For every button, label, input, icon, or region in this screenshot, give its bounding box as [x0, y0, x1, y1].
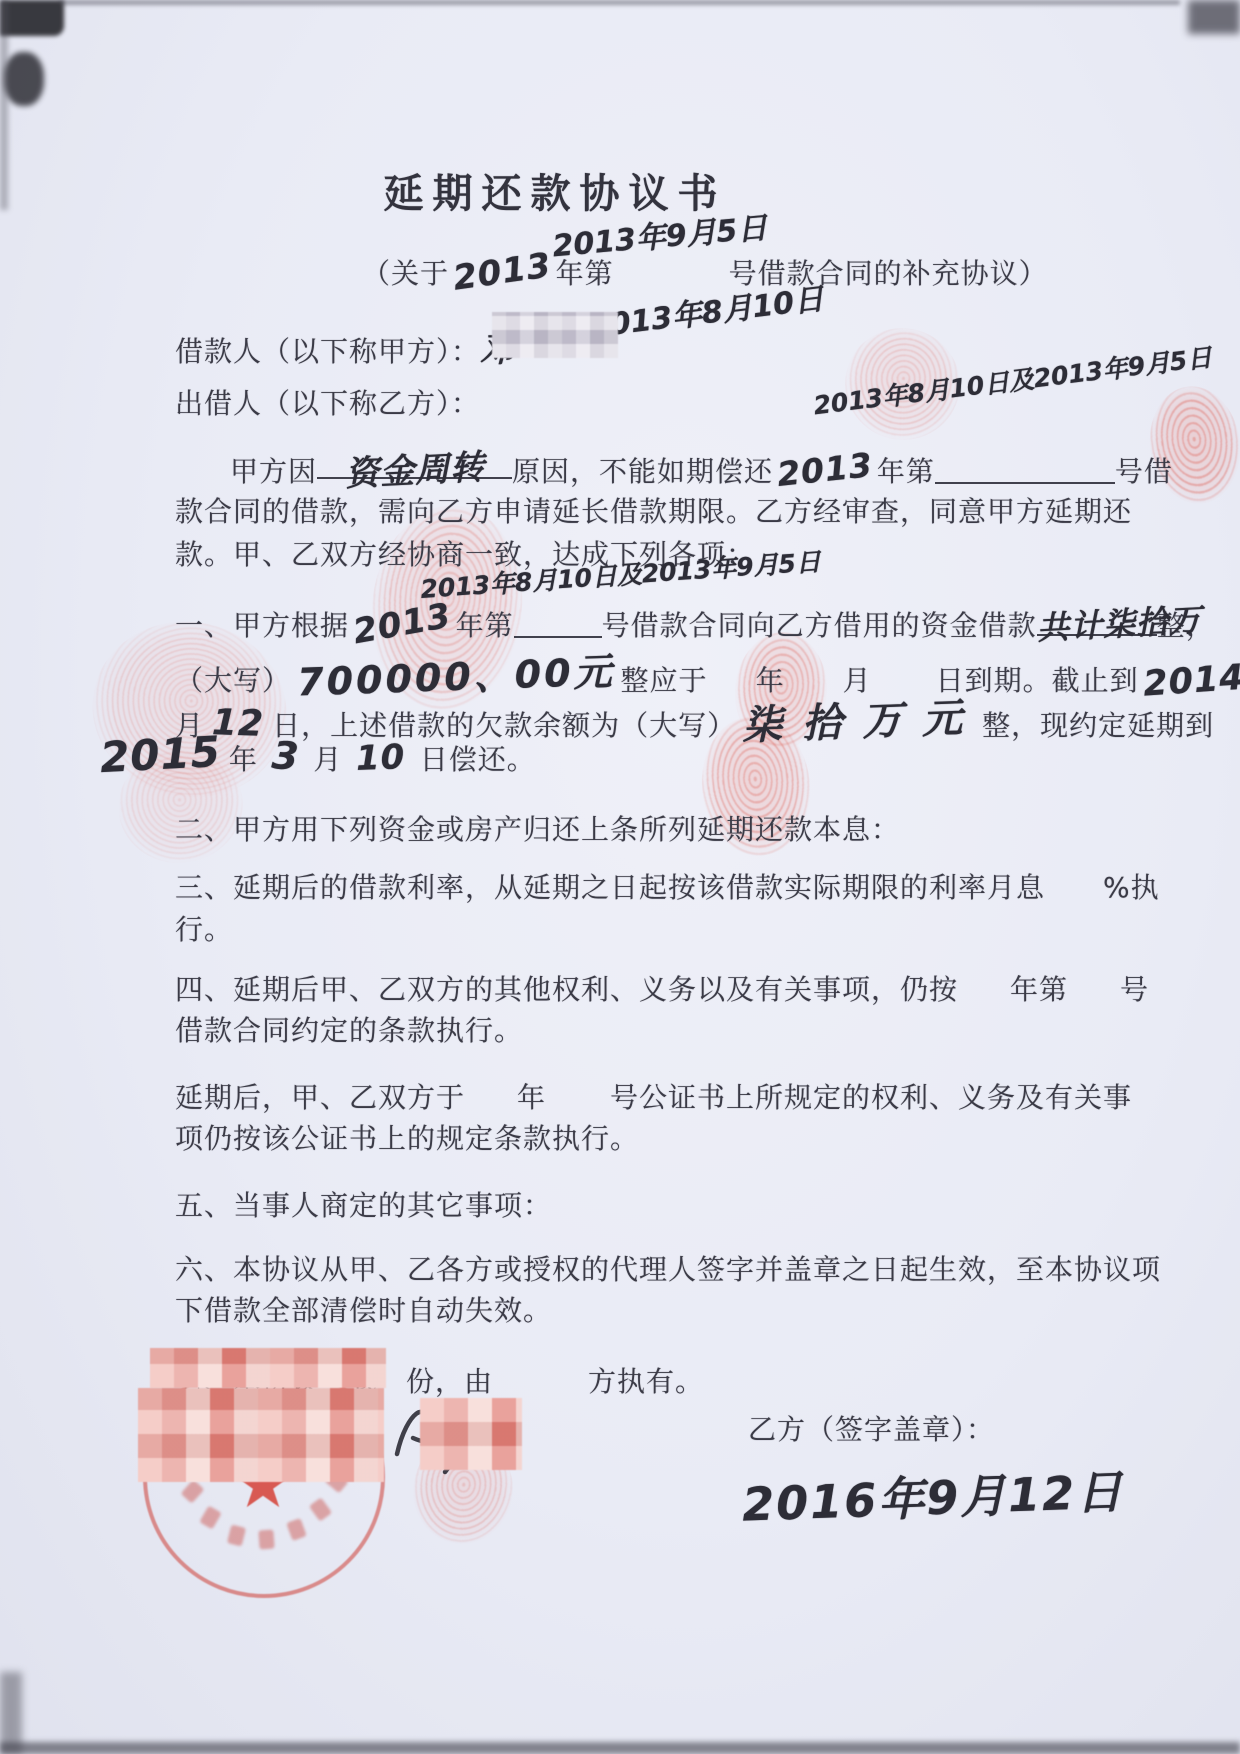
handwritten-year: 2013 — [350, 596, 454, 653]
subtitle-prefix: （关于 — [362, 257, 449, 290]
scan-edge-artifact — [0, 1742, 1240, 1754]
subtitle-mid: 年第 — [556, 257, 614, 290]
blank-reason: 资金周转 — [317, 445, 512, 479]
text: 整， — [982, 709, 1040, 742]
redaction-name — [492, 312, 618, 358]
redaction-signature — [420, 1398, 522, 1470]
scan-edge-artifact — [60, 0, 1180, 5]
handwritten-reason: 资金周转 — [343, 439, 485, 495]
handwritten-repay-month: 3 — [270, 733, 300, 779]
text: 年 — [229, 743, 258, 776]
blank-contract-no — [514, 604, 602, 638]
text: 年第 — [877, 455, 935, 488]
subtitle: （关于2013年第号借款合同的补充协议） — [362, 252, 1048, 292]
text: 号借款合同向乙方借用的资金借款 — [602, 609, 1037, 642]
text: 号借 — [1115, 455, 1173, 488]
text: 延期后，甲、乙双方于 — [175, 1081, 465, 1114]
clause6-line-1: 六、本协议从甲、乙各方或授权的代理人签字并盖章之日起生效，至本协议项 — [175, 1248, 1161, 1288]
scan-corner-artifact — [1188, 0, 1240, 34]
handwritten-amount-words: 共计柒拾万 — [1035, 595, 1202, 650]
borrower-label: 借款人（以下称甲方）： — [175, 335, 480, 368]
blank-amount: 共计柒拾万 — [1037, 602, 1157, 636]
text: %执 — [1103, 871, 1160, 904]
text: 方执有。 — [588, 1365, 704, 1398]
clause1-line-1: 一、甲方根据2013年第号借款合同向乙方借用的资金借款共计柒拾万整， — [175, 602, 1215, 644]
clause4-line-2: 借款合同约定的条款执行。 — [175, 1009, 523, 1049]
clause3-line-2: 行。 — [175, 908, 233, 948]
clause1-line-4: 2015年3月10日偿还。 — [100, 730, 536, 779]
document-title: 延期还款协议书 — [20, 162, 1090, 219]
handwritten-signing-date: 2016年9月12日 — [741, 1455, 1125, 1534]
text: 号 — [1120, 973, 1149, 1006]
seal-arc-text — [309, 1497, 332, 1521]
text: 年第 — [1010, 973, 1068, 1006]
text: 六、本协议从甲、乙各方或授权的代理人签字并盖章之日起生效，至本协议项 — [175, 1253, 1161, 1286]
text: 原因，不能如期偿还 — [512, 455, 773, 488]
handwritten-year: 2013 — [451, 245, 554, 298]
clause2-line: 二、甲方用下列资金或房产归还上条所列延期还款本息： — [175, 808, 900, 848]
text: 三、延期后的借款利率，从延期之日起按该借款实际期限的利率月息 — [175, 871, 1045, 904]
handwritten-repay-year: 2015 — [99, 727, 222, 782]
party-b-label-line: 乙方（签字盖章）： — [748, 1408, 995, 1448]
clause3-line-1: 三、延期后的借款利率，从延期之日起按该借款实际期限的利率月息%执 — [175, 866, 1160, 906]
handwritten-year: 2013 — [775, 445, 874, 494]
text: 款合同的借款，需向乙方申请延长借款期限。乙方经审查，同意甲方延期还 — [175, 495, 1132, 528]
text: 行。 — [175, 913, 233, 946]
redaction-seal-top — [138, 1388, 384, 1482]
clause4-line-1: 四、延期后甲、乙双方的其他权利、义务以及有关事项，仍按年第号 — [175, 968, 1149, 1008]
text: 项仍按该公证书上的规定条款执行。 — [175, 1122, 639, 1155]
seal-arc-text — [181, 1479, 205, 1503]
scan-corner-artifact — [0, 0, 64, 36]
borrower-line: 借款人（以下称甲方）：邓 — [175, 322, 515, 371]
blank-contract-no — [935, 450, 1115, 484]
text: 四、延期后甲、乙双方的其他权利、义务以及有关事项，仍按 — [175, 973, 958, 1006]
scanned-page: 延期还款协议书 2013年9月5日 （关于2013年第号借款合同的补充协议） 2… — [0, 0, 1240, 1754]
text: 一、甲方根据 — [175, 609, 349, 642]
scan-corner-artifact — [4, 52, 44, 106]
preamble-line-1: 甲方因资金周转原因，不能如期偿还2013年第号借 — [230, 445, 1173, 490]
text: 下借款全部清偿时自动失效。 — [175, 1294, 552, 1327]
lender-line: 出借人（以下称乙方）： — [175, 382, 480, 422]
scan-edge-artifact — [0, 0, 8, 210]
notary-line-2: 项仍按该公证书上的规定条款执行。 — [175, 1117, 639, 1157]
lender-label: 出借人（以下称乙方）： — [175, 387, 480, 420]
text: 借款合同约定的条款执行。 — [175, 1014, 523, 1047]
text: 号公证书上所规定的权利、义务及有关事 — [610, 1081, 1132, 1114]
handwritten-balance-words: 柒拾万元 — [741, 686, 983, 751]
text: 甲方因 — [230, 455, 317, 488]
text: 月 — [313, 743, 342, 776]
redaction-party-a — [150, 1348, 386, 1388]
seal-arc-text — [199, 1506, 221, 1530]
text: 年 — [517, 1081, 546, 1114]
text: 现约定延期到 — [1040, 709, 1214, 742]
preamble-line-2: 款合同的借款，需向乙方申请延长借款期限。乙方经审查，同意甲方延期还 — [175, 490, 1132, 530]
clause5-line: 五、当事人商定的其它事项： — [175, 1184, 552, 1224]
seal-arc-text — [227, 1524, 246, 1546]
party-b-label: 乙方（签字盖章）： — [748, 1413, 995, 1446]
seal-arc-text — [286, 1518, 307, 1541]
clause6-line-2: 下借款全部清偿时自动失效。 — [175, 1289, 552, 1329]
notary-line-1: 延期后，甲、乙双方于年号公证书上所规定的权利、义务及有关事 — [175, 1076, 1132, 1116]
text: 二、甲方用下列资金或房产归还上条所列延期还款本息： — [175, 813, 900, 846]
text: 五、当事人商定的其它事项： — [175, 1189, 552, 1222]
seal-arc-text — [258, 1530, 274, 1550]
handwritten-repay-day: 10 — [356, 737, 407, 779]
text: 年第 — [456, 609, 514, 642]
text: 日偿还。 — [420, 743, 536, 776]
